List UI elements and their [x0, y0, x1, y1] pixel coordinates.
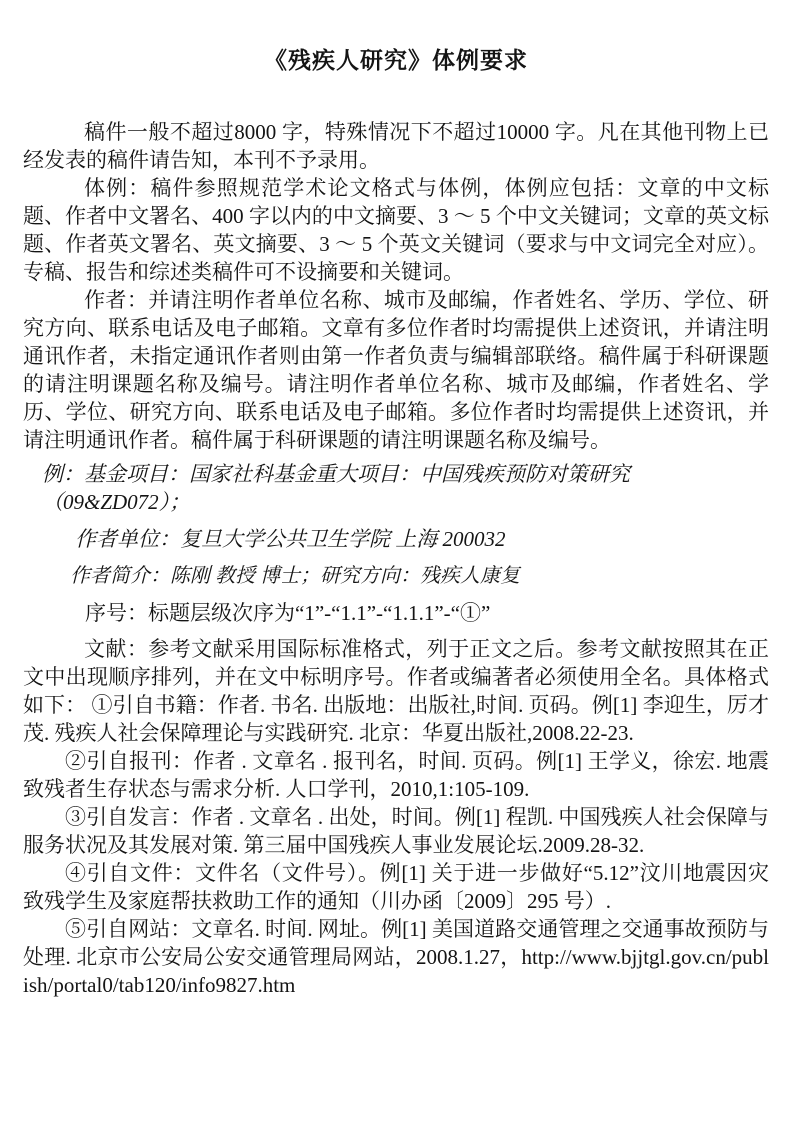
para-references-format: 文献：参考文献采用国际标准格式，列于正文之后。参考文献按照其在正文中出现顺序排列… — [23, 635, 769, 747]
para-style-requirements: 体例：稿件参照规范学术论文格式与体例，体例应包括：文章的中文标题、作者中文署名、… — [23, 174, 769, 286]
para-cite-document: ④引自文件：文件名（文件号）。例[1] 关于进一步做好“5.12”汶川地震因灾致… — [23, 859, 769, 915]
para-author-info: 作者：并请注明作者单位名称、城市及邮编，作者姓名、学历、学位、研究方向、联系电话… — [23, 286, 769, 454]
para-cite-website: ⑤引自网站：文章名. 时间. 网址。例[1] 美国道路交通管理之交通事故预防与处… — [23, 915, 769, 999]
document-page: 《残疾人研究》体例要求 稿件一般不超过8000 字，特殊情况下不超过10000 … — [0, 0, 800, 1131]
page-title: 《残疾人研究》体例要求 — [23, 46, 769, 76]
para-cite-periodical: ②引自报刊：作者 . 文章名 . 报刊名，时间. 页码。例[1] 王学义，徐宏.… — [23, 747, 769, 803]
example-fund-project: 例：基金项目：国家社科基金重大项目：中国残疾预防对策研究（09&ZD072）； — [23, 460, 769, 516]
para-heading-numbering: 序号：标题层级次序为“1”-“1.1”-“1.1.1”-“①” — [23, 599, 769, 627]
example-author-affiliation: 作者单位：复旦大学公共卫生学院 上海 200032 — [23, 525, 769, 553]
para-cite-speech: ③引自发言：作者 . 文章名 . 出处，时间。例[1] 程凯. 中国残疾人社会保… — [23, 803, 769, 859]
para-word-limit: 稿件一般不超过8000 字，特殊情况下不超过10000 字。凡在其他刊物上已经发… — [23, 118, 769, 174]
example-author-bio: 作者简介：陈刚 教授 博士；研究方向：残疾人康复 — [23, 562, 769, 590]
